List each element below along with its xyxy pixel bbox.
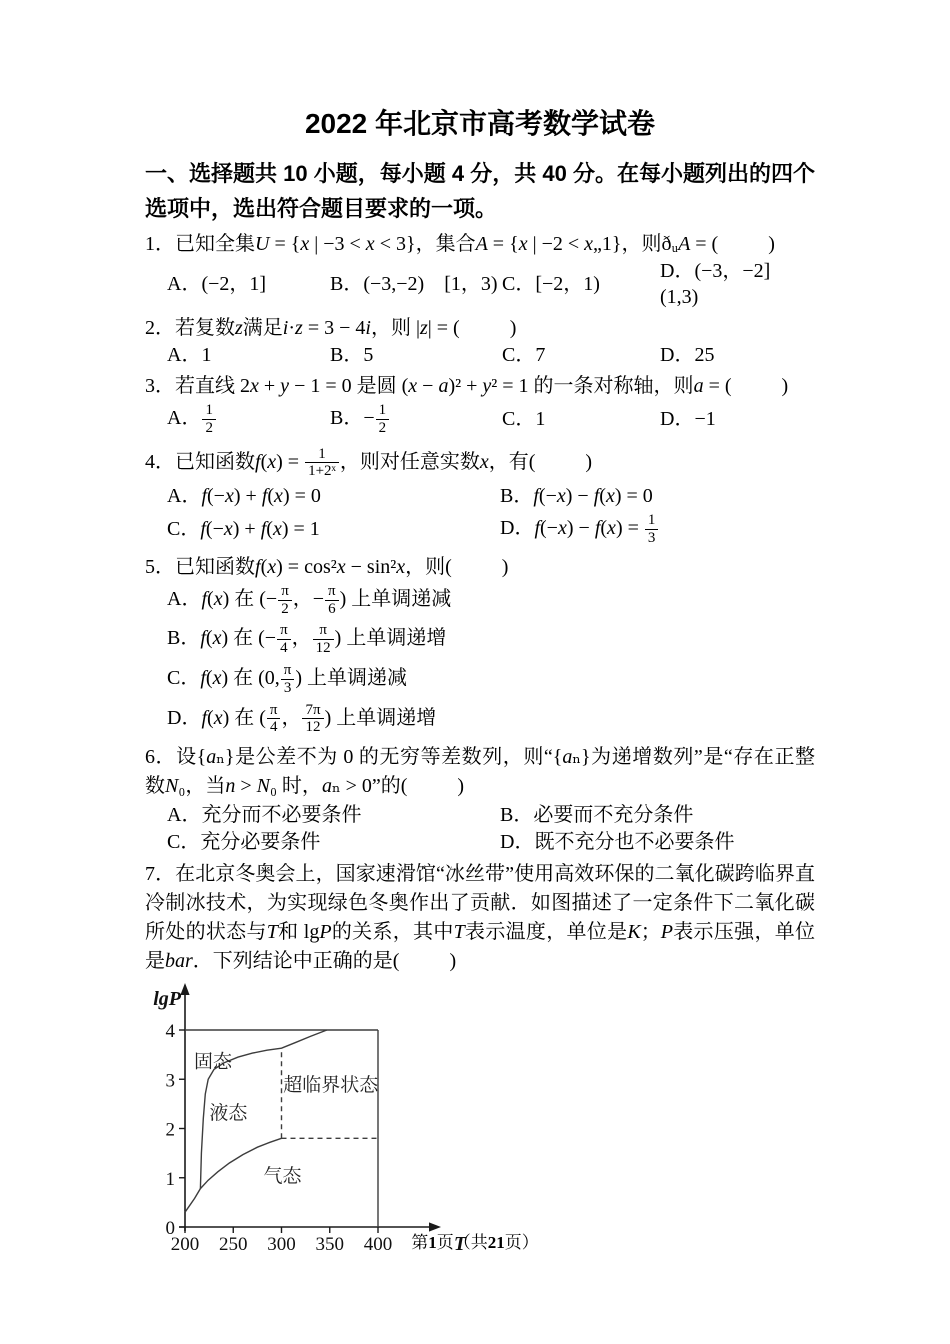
option-d: D．f(x) 在 (π4，7π12) 上单调递增	[145, 700, 815, 739]
question-1: 1．已知全集U = {x | −3 < x < 3}，集合A = {x | −2…	[145, 231, 815, 310]
option-c: C．f(x) 在 (0,π3) 上单调递减	[145, 660, 815, 699]
question-4-stem: 4．已知函数f(x) = 11+2ˣ，则对任意实数x，有( )	[145, 444, 815, 483]
y-axis	[180, 983, 189, 1231]
question-6-options-row-1: A．充分而不必要条件 B．必要而不充分条件	[145, 802, 815, 828]
page-footer: 第1页（共21页）	[0, 1232, 950, 1254]
region-label: 固态	[194, 1051, 233, 1073]
question-1-options: A．(−2，1] B．(−3,−2) [1，3) C．[−2，1) D．(−3，…	[145, 258, 815, 310]
question-5-stem: 5．已知函数f(x) = cos²x − sin²x，则( )	[145, 554, 815, 580]
x-axis	[179, 1223, 441, 1232]
option-b: B．f(−x) − f(x) = 0	[500, 483, 815, 509]
option-c: C．7	[502, 342, 660, 368]
question-6: 6．设{aₙ}是公差不为 0 的无穷等差数列，则“{aₙ}为递增数列”是“存在正…	[145, 743, 815, 855]
question-7: 7．在北京冬奥会上，国家速滑馆“冰丝带”使用高效环保的二氧化碳跨临界直冷制冰技术…	[145, 860, 815, 1272]
option-a: A．f(x) 在 (−π2，−π6) 上单调递减	[145, 581, 815, 620]
option-b: B．5	[330, 342, 502, 368]
question-3-stem: 3．若直线 2x + y − 1 = 0 是圆 (x − a)² + y² = …	[145, 373, 815, 399]
question-1-stem: 1．已知全集U = {x | −3 < x < 3}，集合A = {x | −2…	[145, 231, 815, 257]
question-2-options: A．1 B．5 C．7 D．25	[145, 342, 815, 368]
y-tick-label: 1	[166, 1169, 176, 1190]
x-axis-arrow-icon	[429, 1223, 441, 1232]
question-5: 5．已知函数f(x) = cos²x − sin²x，则( ) A．f(x) 在…	[145, 554, 815, 738]
exam-page: 2022 年北京市高考数学试卷 一、选择题共 10 小题，每小题 4 分，共 4…	[0, 0, 950, 1272]
question-3: 3．若直线 2x + y − 1 = 0 是圆 (x − a)² + y² = …	[145, 373, 815, 439]
option-b: B．(−3,−2) [1，3)	[330, 271, 502, 297]
option-b: B．−12	[330, 400, 502, 439]
option-c: C．[−2，1)	[502, 271, 660, 297]
region-label: 超临界状态	[283, 1074, 379, 1096]
option-b: B．必要而不充分条件	[500, 802, 815, 828]
option-d: D．(−3，−2] (1,3)	[660, 258, 815, 310]
option-a: A．1	[167, 342, 330, 368]
option-c: C．1	[502, 406, 660, 432]
question-6-options-row-2: C．充分必要条件 D．既不充分也不必要条件	[145, 829, 815, 855]
option-b: B．f(x) 在 (−π4，π12) 上单调递增	[145, 620, 815, 659]
page-title: 2022 年北京市高考数学试卷	[145, 104, 815, 144]
option-d: D．−1	[660, 406, 815, 432]
option-a: A．充分而不必要条件	[167, 802, 500, 828]
option-c: C．f(−x) + f(x) = 1	[167, 516, 500, 542]
y-axis-arrow-icon	[180, 983, 189, 995]
option-a: A．f(−x) + f(x) = 0	[167, 483, 500, 509]
option-a: A．12	[167, 400, 330, 439]
option-a: A．(−2，1]	[167, 271, 330, 297]
y-tick-label: 2	[166, 1120, 176, 1141]
option-c: C．充分必要条件	[167, 829, 500, 855]
question-6-stem: 6．设{aₙ}是公差不为 0 的无穷等差数列，则“{aₙ}为递增数列”是“存在正…	[145, 743, 815, 801]
question-2: 2．若复数z满足i·z = 3 − 4i，则 |z| = ( ) A．1 B．5…	[145, 315, 815, 368]
y-axis-title: lgP	[153, 988, 182, 1010]
question-2-stem: 2．若复数z满足i·z = 3 − 4i，则 |z| = ( )	[145, 315, 815, 341]
section-header: 一、选择题共 10 小题，每小题 4 分，共 40 分。在每小题列出的四个选项中…	[145, 156, 815, 226]
phase-diagram-svg: 20025030035040001234固态液态超临界状态气态lgPT	[133, 980, 533, 1272]
region-label: 气态	[263, 1165, 302, 1187]
y-tick-label: 4	[166, 1021, 176, 1042]
question-3-options: A．12 B．−12 C．1 D．−1	[145, 400, 815, 439]
option-d: D．f(−x) − f(x) = 13	[500, 510, 815, 549]
question-4-options-row-2: C．f(−x) + f(x) = 1 D．f(−x) − f(x) = 13	[145, 510, 815, 549]
region-label: 液态	[209, 1102, 248, 1124]
question-7-stem: 7．在北京冬奥会上，国家速滑馆“冰丝带”使用高效环保的二氧化碳跨临界直冷制冰技术…	[145, 860, 815, 976]
option-d: D．25	[660, 342, 815, 368]
question-4-options-row-1: A．f(−x) + f(x) = 0 B．f(−x) − f(x) = 0	[145, 483, 815, 509]
question-4: 4．已知函数f(x) = 11+2ˣ，则对任意实数x，有( ) A．f(−x) …	[145, 444, 815, 549]
option-d: D．既不充分也不必要条件	[500, 829, 815, 855]
y-tick-label: 3	[166, 1070, 176, 1091]
